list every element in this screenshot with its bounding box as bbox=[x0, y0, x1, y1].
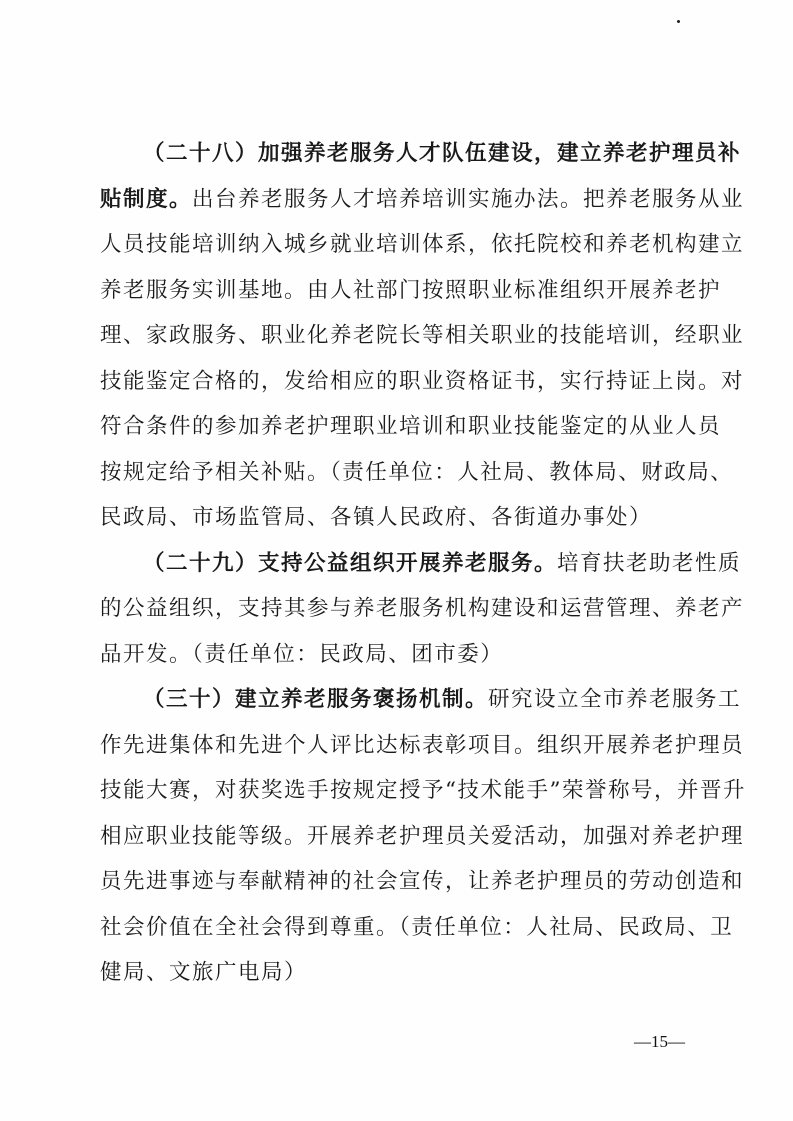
section-29-heading: （二十九）支持公益组织开展养老服务。 bbox=[143, 551, 557, 576]
section-30-line-4: 相应职业技能等级。开展养老护理员关爱活动，加强对养老护理 bbox=[100, 814, 700, 860]
section-28-line-5: 理、家政服务、职业化养老院长等相关职业的技能培训，经职业 bbox=[100, 313, 700, 359]
section-30-line-2: 作先进集体和先进个人评比达标表彰项目。组织开展养老护理员 bbox=[100, 723, 700, 769]
document-body: （二十八）加强养老服务人才队伍建设，建立养老护理员补 贴制度。出台养老服务人才培… bbox=[100, 131, 700, 996]
scan-speck bbox=[677, 20, 680, 23]
section-29-line-3: 品开发。（责任单位：民政局、团市委） bbox=[100, 632, 700, 678]
section-28-line-3: 人员技能培训纳入城乡就业培训体系，依托院校和养老机构建立 bbox=[100, 222, 700, 268]
section-29-line-2: 的公益组织，支持其参与养老服务机构建设和运营管理、养老产 bbox=[100, 586, 700, 632]
document-page: （二十八）加强养老服务人才队伍建设，建立养老护理员补 贴制度。出台养老服务人才培… bbox=[0, 0, 793, 1121]
section-28-line-1: （二十八）加强养老服务人才队伍建设，建立养老护理员补 bbox=[100, 131, 700, 177]
section-30-line-3: 技能大赛，对获奖选手按规定授予“技术能手”荣誉称号，并晋升 bbox=[100, 768, 700, 814]
section-28-line-9: 民政局、市场监管局、各镇人民政府、各街道办事处） bbox=[100, 495, 700, 541]
page-number: —15— bbox=[634, 1032, 685, 1052]
section-30-line-6: 社会价值在全社会得到尊重。（责任单位：人社局、民政局、卫 bbox=[100, 905, 700, 951]
section-28-line-6: 技能鉴定合格的，发给相应的职业资格证书，实行持证上岗。对 bbox=[100, 359, 700, 405]
section-29-line-1: （二十九）支持公益组织开展养老服务。培育扶老助老性质 bbox=[100, 541, 700, 587]
section-28-line-2: 贴制度。出台养老服务人才培养培训实施办法。把养老服务从业 bbox=[100, 177, 700, 223]
section-28-heading-cont: 贴制度。 bbox=[100, 187, 192, 212]
section-28-line-7: 符合条件的参加养老护理职业培训和职业技能鉴定的从业人员 bbox=[100, 404, 700, 450]
section-28-line-8: 按规定给予相关补贴。（责任单位：人社局、教体局、财政局、 bbox=[100, 450, 700, 496]
section-30-line-5: 员先进事迹与奉献精神的社会宣传，让养老护理员的劳动创造和 bbox=[100, 859, 700, 905]
section-30-heading: （三十）建立养老服务褒扬机制。 bbox=[143, 687, 488, 712]
section-28-heading: （二十八）加强养老服务人才队伍建设，建立养老护理员补 bbox=[143, 141, 741, 166]
section-28-line-4: 养老服务实训基地。由人社部门按照职业标准组织开展养老护 bbox=[100, 268, 700, 314]
section-30-line-7: 健局、文旅广电局） bbox=[100, 950, 700, 996]
section-30-line-1: （三十）建立养老服务褒扬机制。研究设立全市养老服务工 bbox=[100, 677, 700, 723]
